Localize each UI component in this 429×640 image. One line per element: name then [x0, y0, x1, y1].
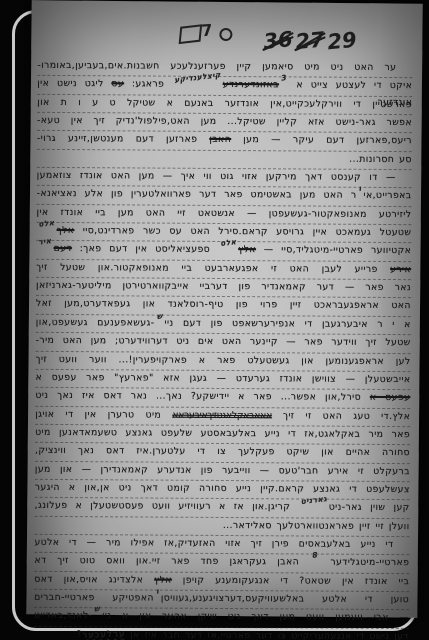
typed-line-18: אייבשטעלן — צווישן אונדז גערעדט — געגן א…	[35, 370, 410, 391]
typed-line-12: אירע פרייע לעבן האט זי אפגעארבעט ביי מאנ…	[36, 260, 411, 281]
handwritten-correction: קיצלענדיקע	[173, 68, 221, 90]
typed-text: אלץ.די טעג האט זי זיך	[272, 410, 410, 422]
handwritten-number: 27	[294, 27, 325, 54]
typed-text: טוען די אלטע באלשעוויקעס,דערצויגענע,געוו…	[161, 593, 409, 606]
struck-text: אירע	[390, 264, 411, 275]
typed-text: מיט טרערן אין די אויגן	[35, 408, 172, 420]
typed-text: אקטיווער פארטיי-מיטגליד,סיי —	[256, 245, 411, 257]
typed-line-13: נאר פאר — דער קאמאנדיר פון דערביי אייבקו…	[36, 278, 411, 299]
typed-line-24: צעשלעפט די גאנצע קראם.קיין נייע סחורה קו…	[35, 480, 410, 501]
typed-text: אלצדינג אויס,און דאס	[34, 573, 154, 585]
handwritten-box-digit: 7	[201, 20, 214, 40]
typed-text: אפשר גאר-נישט אזא קליין שטיקל... מען האט…	[37, 115, 412, 128]
typed-text: קען שוין גאר-ניט	[329, 502, 410, 513]
typewritten-page: 7 362729 ער האט ניט מיט סיאמען קיין פערז…	[26, 0, 422, 617]
typed-text: א י ר איבערגעבן די אנפירערשאפט פון דעם נ…	[164, 317, 410, 330]
typed-text: — דו קענסט דאך מירקען אזוי גוט ווי איך —…	[37, 170, 396, 183]
typed-text: -געשאפענעם געשעפט,און	[36, 317, 155, 329]
typed-text: פאר מיר באקלאגט,אז די נייע באלעבאסטע שלע…	[35, 427, 410, 440]
typed-line-5: ריעס,פארזען דעם עיקר — מען האבן פארזען ד…	[37, 131, 412, 152]
typed-text: ספעציאליסט אין דעם פאך:	[72, 244, 218, 256]
handwritten-correction: אלס	[219, 235, 237, 254]
handwritten-correction: 3	[280, 70, 288, 87]
typed-line-8: באפרייט,איור האט מען באשטימט פאר דער פאר…	[37, 186, 412, 207]
typed-line-32: דען נישט די אנגעהעריקייט צו דער פארטיי,א…	[34, 626, 409, 640]
handwritten-page-numbers: 362729	[263, 28, 383, 59]
struck-text: באזונדערנדע	[223, 79, 279, 90]
typed-line-7: — דו קענסט דאך מירקען אזוי גוט ווי איך —…	[37, 168, 412, 189]
header-marks: 7 362729	[32, 0, 423, 3]
typed-text: נאר פאר — דער קאמאנדיר פון דערביי אייבקו…	[36, 280, 411, 293]
typed-text: סחורה אהיים און שיקט פעקלעך צו די עלטערן…	[35, 445, 410, 458]
typed-line-15: א י ר איבערגעבן די אנפירערשאפט פון דעם נ…	[36, 315, 411, 336]
typed-text: ר האט מען באשטימט פאר דער פארוואלטערין פ…	[37, 188, 357, 201]
typed-line-22: סחורה אהיים און שיקט פעקלעך צו די עלטערן…	[35, 443, 410, 464]
handwritten-correction: איר	[37, 234, 52, 252]
typed-text: פראגע:	[124, 79, 172, 90]
typed-text: -לאנד,באדייט	[34, 610, 92, 621]
typed-text: סע חסרונות...	[349, 153, 412, 164]
typed-line-25: קען שוין גאר-ניטגארניט קריגן.און אז א רע…	[35, 498, 410, 519]
typed-text: אייבשטעלן — צווישן אונדז גערעדט — געגן א…	[35, 372, 410, 385]
handwritten-number: 29	[326, 28, 357, 55]
handwritten-circle-mark	[219, 28, 232, 41]
typed-line-11: אקטיווער פארטיי-מיטגליד,סיי — אלץאלס ספע…	[36, 241, 411, 262]
typed-line-28: פארטיי-מיטגלידער 8 האבן געקראגן פחד פאר …	[34, 553, 409, 574]
typed-line-29: ביי אונדז אין שטאט? די אנגעקומענע קויפן …	[34, 571, 409, 592]
typed-text: — אבי וועמען וועט מען דאך ניט שיקן אהער …	[102, 611, 409, 624]
typed-line-1: ער האט ניט מיט סיאמען קיין פערזענלעכע חש…	[37, 58, 412, 79]
typed-text-block: ער האט ניט מיט סיאמען קיין פערזענלעכע חש…	[34, 58, 413, 640]
typed-text: האט אראפגעבראכט זיין פרוי פון טיף-רוסלאנ…	[36, 298, 411, 311]
typed-line-31: — אבי וועמען וועט מען דאך ניט שיקן אהער …	[34, 608, 409, 629]
typed-text: פרייע לעבן האט זי אפגעארבעט ביי מאנופאקט…	[36, 262, 390, 275]
typed-text: פארזען דעם מענטשן,זיינע גרוי-	[37, 133, 209, 145]
typed-text: וועלן זיי זיין פאראנטווארטלעך סאלידאר...	[223, 520, 410, 532]
struck-text: האבן	[209, 134, 231, 145]
struck-text: אלץ	[238, 245, 256, 256]
typed-text: פארטיי-מיטגלידער	[319, 557, 409, 569]
typed-text: ליזירטע מאנופאקטור-געשעפטן — אנשטאט זיי …	[36, 207, 411, 220]
typed-line-17: לען אראפגענומען און געשטעלט פאר א פארקוי…	[36, 351, 411, 372]
typed-line-30: טוען די אלטע באלשעוויקעס,דערצויגענע,געוו…	[34, 590, 409, 611]
handwritten-correction: אלס	[37, 215, 55, 234]
struck-text: עפעס א	[370, 392, 411, 403]
typed-text: ברעקלט זי אירע חבר'טעס — ווייבער פון אנד…	[35, 463, 410, 476]
handwritten-number: 36	[262, 27, 293, 54]
typed-line-16: שטעל זיך ווידער פאר — קיינער האט אים ניט…	[36, 333, 411, 354]
handwritten-correction: 8	[311, 548, 319, 565]
struck-text: ערלעכער	[82, 626, 126, 640]
typed-line-20: אלץ.די טעג האט זי זיך אאאבאקלאגטזיךאיבער…	[35, 406, 410, 427]
struck-text: אאאבאקלאגטזיךאיבעראא	[172, 409, 272, 421]
struck-text: דעם	[54, 243, 72, 254]
typed-line-6: סע חסרונות...	[37, 150, 412, 171]
typed-line-3: פארשטיין די ווירקלעכקייט,אין אונדזער באנ…	[37, 95, 412, 116]
typed-text: ריעס,פארזען דעם עיקר — מען	[231, 134, 412, 146]
typed-text: דען נישט די אנגעהעריקייט צו דער פארטיי,א…	[125, 629, 409, 640]
typed-text: שטעל זיך ווידער פאר — קיינער האט אים ניט…	[36, 335, 411, 348]
typed-text: צעשלעפט די גאנצע קראם.קיין נייע סחורה קו…	[35, 482, 410, 495]
scanned-photo: 7 362729 ער האט ניט מיט סיאמען קיין פערז…	[0, 0, 429, 640]
typed-line-4: אפשר גאר-נישט אזא קליין שטיקל... מען האט…	[37, 113, 412, 134]
typed-text: שטעטל געמאכט איין גרויסע קראם.סירל האט ע…	[74, 225, 411, 238]
typed-line-9: ליזירטע מאנופאקטור-געשעפטן — אנשטאט זיי …	[36, 205, 411, 226]
typed-line-14: האט אראפגעבראכט זיין פרוי פון טיף-רוסלאנ…	[36, 296, 411, 317]
typed-line-19: עפעס א סירל,און אפשר... פאר א יידישקע? נ…	[35, 388, 410, 409]
typed-line-2: איקט די לעצטע צייט א 3באזונדערנדעקיצלענד…	[37, 76, 412, 97]
typed-line-26: וועלן זיי זיין פאראנטווארטלעך סאלידאר...	[35, 516, 410, 537]
handwritten-correction: גארניט	[299, 491, 327, 511]
typed-text: לען אראפגענומען און געשטעלט פאר א פארקוי…	[36, 353, 411, 366]
typed-line-21: פאר מיר באקלאגט,אז די נייע באלעבאסטע שלע…	[35, 425, 410, 446]
typed-line-27: די נייע באלעבאסים פירן זיך אזוי האזעדיק,…	[34, 535, 409, 556]
typed-text: איקט די לעצטע צייט א	[289, 80, 413, 92]
typed-text: האבן געקראגן פחד פאר זיי.און וואס טוט זי…	[34, 555, 310, 568]
typed-text: קריגן.און אז א רעוויזיע וועט פעסטשטעלן א…	[35, 500, 299, 513]
typed-text: באפרייט,אי	[363, 190, 411, 201]
struck-text: אלך	[57, 225, 75, 236]
typed-text: סירל,און אפשר... פאר א יידישקע? נאך... נ…	[35, 390, 370, 403]
typed-text: פארשטיין די ווירקלעכקייט,אין אונדזער באנ…	[37, 97, 412, 110]
struck-text: עס	[111, 79, 124, 90]
handwritten-box-mark	[179, 24, 203, 44]
typed-text: ביי אונדז אין שטאט? די אנגעקומענע קויפן	[172, 574, 409, 586]
typed-line-23: ברעקלט זי אירע חבר'טעס — ווייבער פון אנד…	[35, 461, 410, 482]
typed-text: די נייע באלעבאסים פירן זיך אזוי האזעדיק,…	[34, 537, 393, 550]
